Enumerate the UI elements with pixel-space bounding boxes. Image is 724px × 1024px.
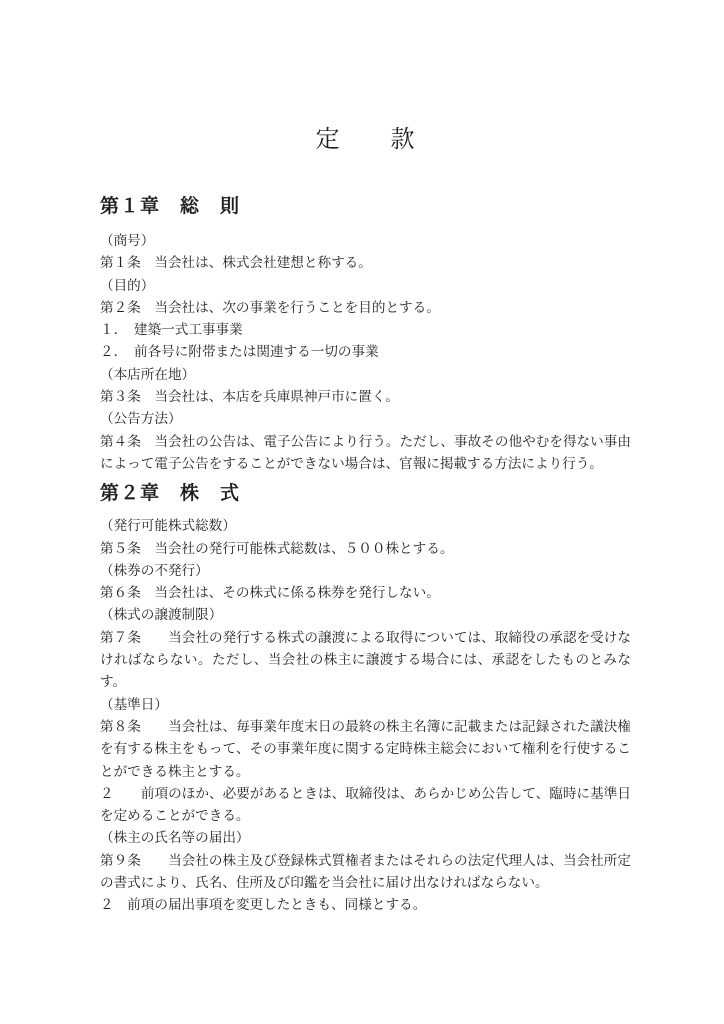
chapter-1-body: （商号） 第１条 当会社は、株式会社建想と称する。 （目的） 第２条 当会社は、… [100,230,631,475]
caption-trade-name: （商号） [100,230,631,252]
article-6-text: 第６条 当会社は、その株式に係る株券を発行しない。 [100,582,631,604]
article-9-clause-2: ２ 前項の届出事項を変更したときも、同様とする。 [100,894,631,916]
caption-transfer-restriction: （株式の譲渡制限） [100,604,631,626]
article-5-text: 第５条 当会社の発行可能株式総数は、５００株とする。 [100,538,631,560]
chapter-2-body: （発行可能株式総数） 第５条 当会社の発行可能株式総数は、５００株とする。 （株… [100,515,631,916]
caption-record-date: （基準日） [100,694,631,716]
caption-purpose: （目的） [100,275,631,297]
article-2-item-2: ２． 前各号に附帯または関連する一切の事業 [100,341,631,363]
caption-no-share-certificates: （株券の不発行） [100,560,631,582]
chapter-1-heading: 第１章 総 則 [100,194,631,220]
article-9-text: 第９条 当会社の株主及び登録株式質権者またはそれらの法定代理人は、当会社所定の書… [100,850,631,895]
articles-of-incorporation-page: 定 款 第１章 総 則 （商号） 第１条 当会社は、株式会社建想と称する。 （目… [0,0,724,1024]
caption-head-office: （本店所在地） [100,364,631,386]
document-content: 定 款 第１章 総 則 （商号） 第１条 当会社は、株式会社建想と称する。 （目… [100,0,631,917]
article-3-text: 第３条 当会社は、本店を兵庫県神戸市に置く。 [100,386,631,408]
caption-authorized-shares: （発行可能株式総数） [100,515,631,537]
document-title: 定 款 [100,124,631,156]
article-2-text: 第２条 当会社は、次の事業を行うことを目的とする。 [100,297,631,319]
article-8-text: 第８条 当会社は、毎事業年度末日の最終の株主名簿に記載または記録された議決権を有… [100,716,631,783]
article-7-text: 第７条 当会社の発行する株式の譲渡による取得については、取締役の承認を受けなけれ… [100,627,631,694]
caption-shareholder-notification: （株主の氏名等の届出） [100,827,631,849]
article-2-item-1: １． 建築一式工事事業 [100,319,631,341]
article-1-text: 第１条 当会社は、株式会社建想と称する。 [100,252,631,274]
article-4-text: 第４条 当会社の公告は、電子公告により行う。ただし、事故その他やむを得ない事由に… [100,431,631,476]
caption-public-notice: （公告方法） [100,408,631,430]
chapter-2-heading: 第２章 株 式 [100,481,631,507]
article-8-clause-2: ２ 前項のほか、必要があるときは、取締役は、あらかじめ公告して、臨時に基準日を定… [100,783,631,828]
